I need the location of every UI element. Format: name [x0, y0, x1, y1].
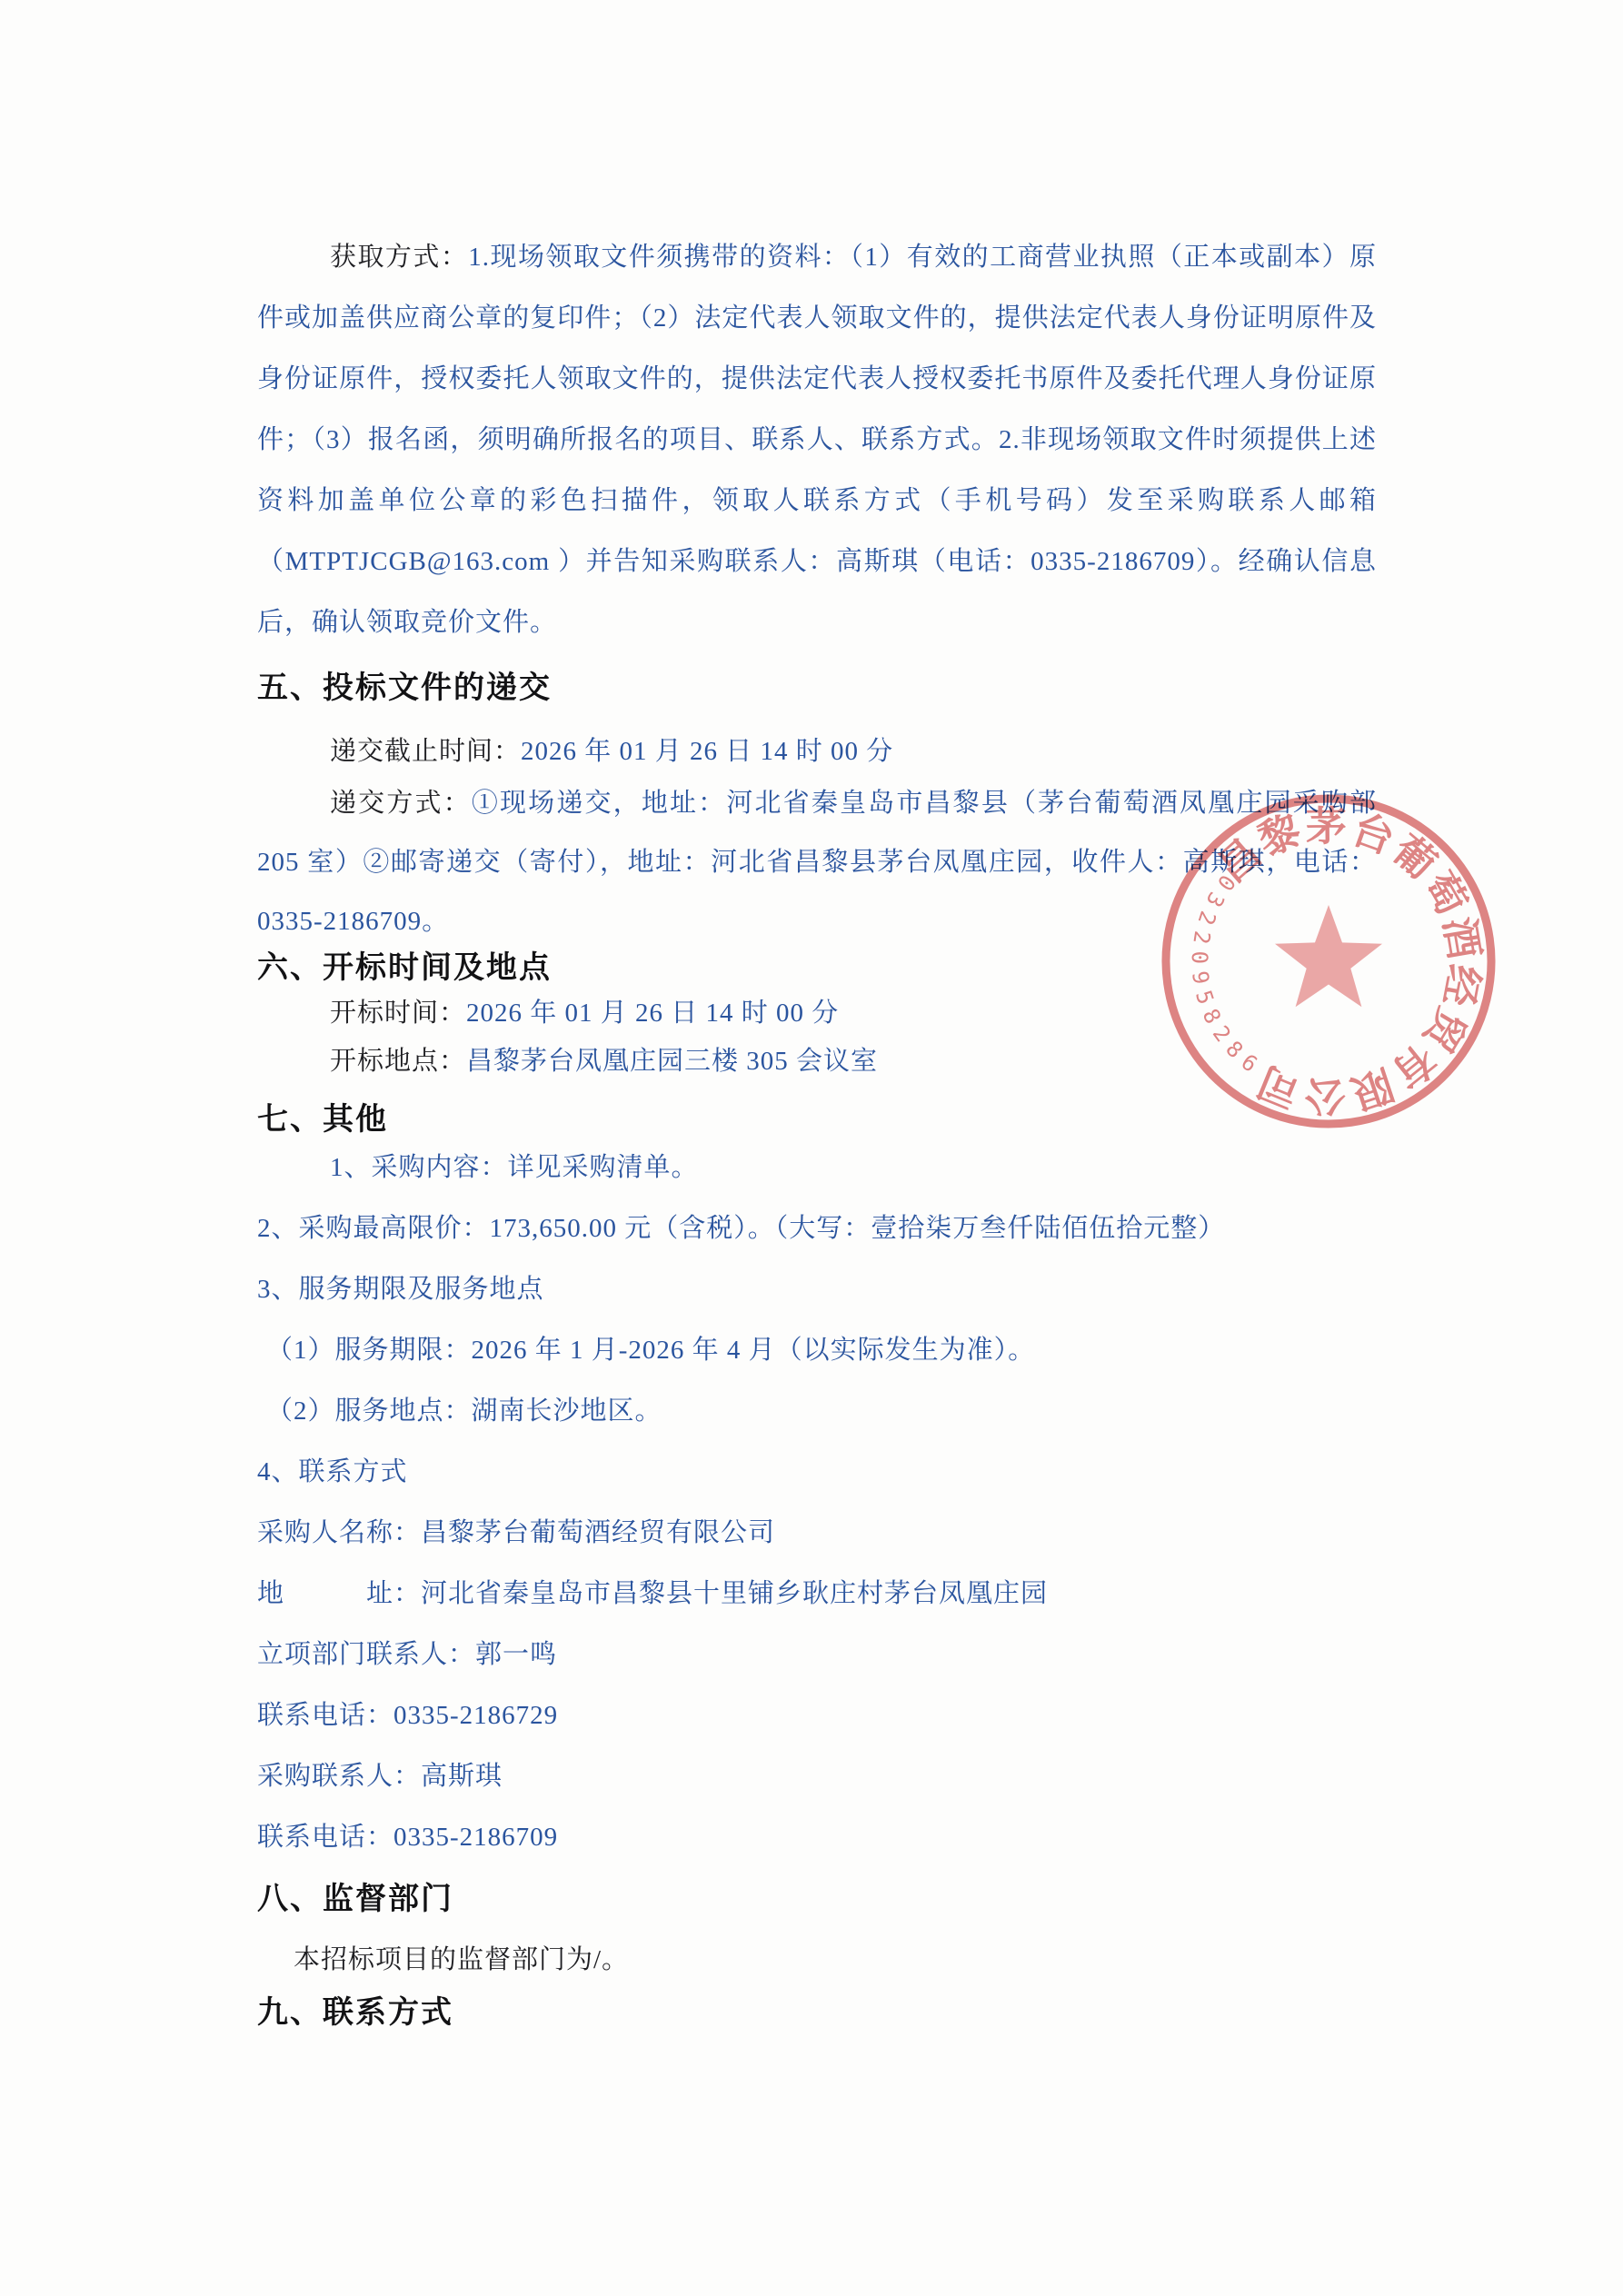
section-7-items: 1、采购内容：详见采购清单。 2、采购最高限价：173,650.00 元（含税）…: [257, 1138, 1377, 1868]
bid-opening-place-line: 开标地点：昌黎茅台凤凰庄园三楼 305 会议室: [257, 1036, 1377, 1087]
item-procurement-content: 1、采购内容：详见采购清单。: [257, 1138, 1377, 1198]
section-6-heading: 六、开标时间及地点: [257, 947, 552, 989]
obtain-method-text: 1.现场领取文件须携带的资料：（1）有效的工商营业执照（正本或副本）原件或加盖供…: [257, 243, 1377, 637]
item-service-location: （2）服务地点：湖南长沙地区。: [257, 1381, 1377, 1442]
section-7-heading: 七、其他: [257, 1098, 388, 1140]
item-service-period-heading: 3、服务期限及服务地点: [257, 1259, 1377, 1320]
section-9-heading: 九、联系方式: [257, 1992, 453, 2033]
item-project-phone: 联系电话：0335-2186729: [257, 1685, 1377, 1746]
submission-method-paragraph: 递交方式：①现场递交，地址：河北省秦皇岛市昌黎县（茅台葡萄酒凤凰庄园采购部 20…: [257, 774, 1377, 951]
item-service-period: （1）服务期限：2026 年 1 月-2026 年 4 月（以实际发生为准）。: [257, 1320, 1377, 1381]
submission-method-label: 递交方式：: [330, 789, 472, 818]
submission-deadline-label: 递交截止时间：: [330, 737, 521, 766]
obtain-method-label: 获取方式：: [330, 243, 468, 272]
item-purchaser-name: 采购人名称：昌黎茅台葡萄酒经贸有限公司: [257, 1503, 1377, 1564]
item-project-contact: 立项部门联系人：郭一鸣: [257, 1625, 1377, 1685]
bid-opening-place-label: 开标地点：: [330, 1047, 466, 1076]
bid-opening-time-label: 开标时间：: [330, 999, 466, 1028]
submission-deadline-value: 2026 年 01 月 26 日 14 时 00 分: [521, 737, 893, 766]
supervision-department-line: 本招标项目的监督部门为/。: [257, 1930, 1377, 1990]
item-purchaser-address: 地 址：河北省秦皇岛市昌黎县十里铺乡耿庄村茅台凤凰庄园: [257, 1564, 1377, 1625]
section-8-heading: 八、监督部门: [257, 1878, 453, 1920]
document-page: 获取方式：1.现场领取文件须携带的资料：（1）有效的工商营业执照（正本或副本）原…: [0, 0, 1623, 2296]
paragraph-obtain-method: 获取方式：1.现场领取文件须携带的资料：（1）有效的工商营业执照（正本或副本）原…: [257, 227, 1377, 653]
item-procurement-contact: 采购联系人：高斯琪: [257, 1746, 1377, 1807]
bid-opening-time-value: 2026 年 01 月 26 日 14 时 00 分: [466, 999, 839, 1028]
item-max-price: 2、采购最高限价：173,650.00 元（含税）。（大写：壹拾柒万叁仟陆佰伍拾…: [257, 1198, 1377, 1259]
section-5-heading: 五、投标文件的递交: [257, 667, 552, 709]
item-procurement-phone: 联系电话：0335-2186709: [257, 1807, 1377, 1868]
item-contact-heading: 4、联系方式: [257, 1442, 1377, 1503]
bid-opening-time-line: 开标时间：2026 年 01 月 26 日 14 时 00 分: [257, 988, 1377, 1039]
submission-deadline-line: 递交截止时间：2026 年 01 月 26 日 14 时 00 分: [257, 721, 1377, 781]
bid-opening-place-value: 昌黎茅台凤凰庄园三楼 305 会议室: [466, 1047, 878, 1076]
